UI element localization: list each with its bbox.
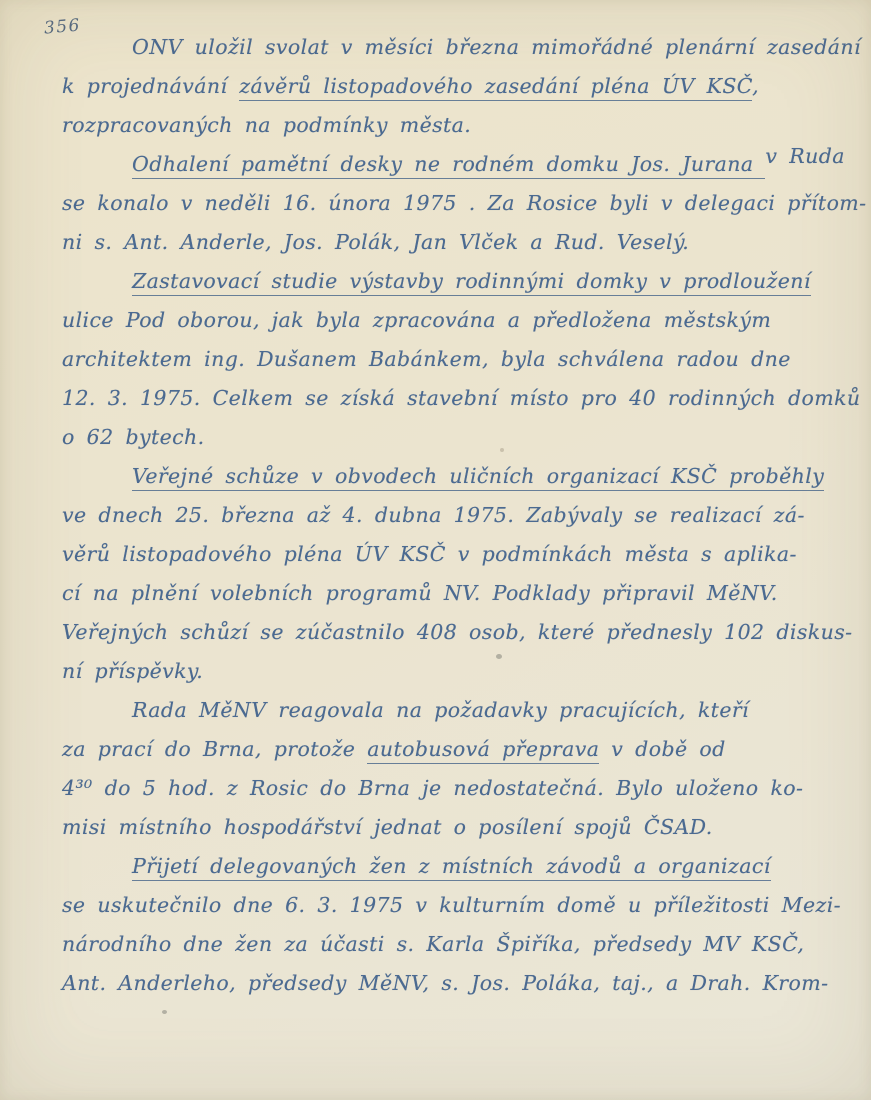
- handwritten-text-segment: v době od: [599, 737, 725, 761]
- handwritten-text-segment: rozpracovaných na podmínky města.: [62, 113, 471, 137]
- manuscript-line: Zastavovací studie výstavby rodinnými do…: [62, 262, 857, 301]
- manuscript-line: ní příspěvky.: [62, 652, 857, 691]
- manuscript-line: 4³⁰ do 5 hod. z Rosic do Brna je nedosta…: [62, 769, 857, 808]
- handwritten-text-segment: k projednávání: [62, 74, 239, 98]
- manuscript-line: ve dnech 25. března až 4. dubna 1975. Za…: [62, 496, 857, 535]
- handwritten-text-segment: Veřejné schůze v obvodech uličních organ…: [132, 464, 824, 491]
- handwritten-text-segment: autobusová přeprava: [367, 737, 599, 764]
- handwritten-text-segment: ONV uložil svolat v měsíci března mimořá…: [132, 35, 861, 59]
- manuscript-line: Ant. Anderleho, předsedy MěNV, s. Jos. P…: [62, 964, 857, 1003]
- handwritten-text-segment: Veřejných schůzí se zúčastnilo 408 osob,…: [62, 620, 852, 644]
- manuscript-line: misi místního hospodářství jednat o posí…: [62, 808, 857, 847]
- handwritten-text-segment: Přijetí delegovaných žen z místních závo…: [132, 854, 771, 881]
- manuscript-line: za prací do Brna, protože autobusová pře…: [62, 730, 857, 769]
- handwritten-text-segment: architektem ing. Dušanem Babánkem, byla …: [62, 347, 791, 371]
- handwritten-text-segment: za prací do Brna, protože: [62, 737, 367, 761]
- handwritten-text-segment: Ant. Anderleho, předsedy MěNV, s. Jos. P…: [62, 971, 828, 995]
- handwritten-text-segment: věrů listopadového pléna ÚV KSČ v podmín…: [62, 542, 797, 566]
- manuscript-line: se konalo v neděli 16. února 1975 . Za R…: [62, 184, 857, 223]
- handwritten-text-segment: cí na plnění volebních programů NV. Podk…: [62, 581, 778, 605]
- manuscript-line: Veřejných schůzí se zúčastnilo 408 osob,…: [62, 613, 857, 652]
- handwritten-text-segment: se uskutečnilo dne 6. 3. 1975 v kulturní…: [62, 893, 841, 917]
- manuscript-line: ONV uložil svolat v měsíci března mimořá…: [62, 28, 857, 67]
- manuscript-line: se uskutečnilo dne 6. 3. 1975 v kulturní…: [62, 886, 857, 925]
- manuscript-line: národního dne žen za účasti s. Karla Špi…: [62, 925, 857, 964]
- manuscript-line: Rada MěNV reagovala na požadavky pracují…: [62, 691, 857, 730]
- handwritten-text-segment: 4³⁰ do 5 hod. z Rosic do Brna je nedosta…: [62, 776, 803, 800]
- manuscript-line: rozpracovaných na podmínky města.: [62, 106, 857, 145]
- handwritten-text-segment: Rada MěNV reagovala na požadavky pracují…: [132, 698, 749, 722]
- handwritten-text-segment: misi místního hospodářství jednat o posí…: [62, 815, 713, 839]
- manuscript-line: ulice Pod oborou, jak byla zpracována a …: [62, 301, 857, 340]
- manuscript-line: Přijetí delegovaných žen z místních závo…: [62, 847, 857, 886]
- manuscript-line: Veřejné schůze v obvodech uličních organ…: [62, 457, 857, 496]
- manuscript-line: cí na plnění volebních programů NV. Podk…: [62, 574, 857, 613]
- handwritten-text-segment: ní příspěvky.: [62, 659, 203, 683]
- manuscript-page: 356 ONV uložil svolat v měsíci března mi…: [0, 0, 871, 1100]
- handwritten-text-segment: ni s. Ant. Anderle, Jos. Polák, Jan Vlče…: [62, 230, 689, 254]
- handwritten-text-segment: 12. 3. 1975. Celkem se získá stavební mí…: [62, 386, 861, 410]
- manuscript-line: architektem ing. Dušanem Babánkem, byla …: [62, 340, 857, 379]
- handwritten-text-segment: v Ruda: [765, 144, 844, 168]
- manuscript-line: 12. 3. 1975. Celkem se získá stavební mí…: [62, 379, 857, 418]
- handwritten-text-segment: se konalo v neděli 16. února 1975 . Za R…: [62, 191, 866, 215]
- paper-speck: [162, 1010, 167, 1014]
- manuscript-line: věrů listopadového pléna ÚV KSČ v podmín…: [62, 535, 857, 574]
- handwritten-text-segment: ,: [752, 74, 759, 98]
- manuscript-line: ni s. Ant. Anderle, Jos. Polák, Jan Vlče…: [62, 223, 857, 262]
- handwritten-text-segment: ve dnech 25. března až 4. dubna 1975. Za…: [62, 503, 805, 527]
- handwritten-text-segment: ulice Pod oborou, jak byla zpracována a …: [62, 308, 771, 332]
- handwritten-text-segment: národního dne žen za účasti s. Karla Špi…: [62, 932, 804, 956]
- handwritten-text-segment: Odhalení pamětní desky ne rodném domku J…: [132, 152, 765, 179]
- manuscript-line: Odhalení pamětní desky ne rodném domku J…: [62, 145, 857, 184]
- manuscript-line: o 62 bytech.: [62, 418, 857, 457]
- handwritten-text-segment: o 62 bytech.: [62, 425, 205, 449]
- handwritten-text-segment: závěrů listopadového zasedání pléna ÚV K…: [239, 74, 752, 101]
- handwritten-text-segment: Zastavovací studie výstavby rodinnými do…: [132, 269, 811, 296]
- manuscript-text: ONV uložil svolat v měsíci března mimořá…: [62, 28, 857, 1003]
- manuscript-line: k projednávání závěrů listopadového zase…: [62, 67, 857, 106]
